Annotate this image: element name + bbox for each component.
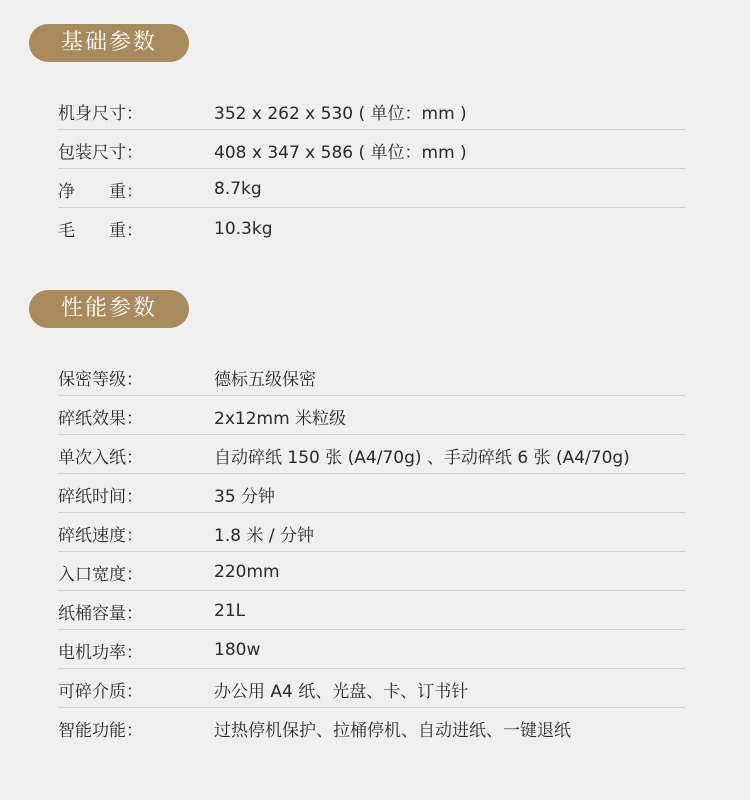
section-title-basic-params: 基础参数	[29, 24, 189, 62]
spec-row-package-size: 包装尺寸： 408 x 347 x 586 ( 单位：mm )	[58, 130, 685, 169]
spec-value: 220mm	[214, 562, 685, 582]
spec-label: 毛 重：	[58, 216, 214, 241]
spec-value: 21L	[214, 601, 685, 621]
section-title-performance-params: 性能参数	[29, 290, 189, 328]
spec-label: 碎纸效果：	[58, 404, 214, 429]
spec-label: 单次入纸：	[58, 443, 214, 468]
spec-row-sheet-capacity: 单次入纸： 自动碎纸 150 张 (A4/70g) 、手动碎纸 6 张 (A4/…	[58, 435, 685, 474]
spec-label: 净 重：	[58, 177, 214, 202]
spec-value: 办公用 A4 纸、光盘、卡、订书针	[214, 677, 685, 702]
spec-label: 纸桶容量：	[58, 599, 214, 624]
spec-row-entry-width: 入口宽度： 220mm	[58, 552, 685, 591]
spec-row-motor-power: 电机功率： 180w	[58, 630, 685, 669]
spec-row-smart-features: 智能功能： 过热停机保护、拉桶停机、自动进纸、一键退纸	[58, 708, 685, 747]
spec-row-shreddable-media: 可碎介质： 办公用 A4 纸、光盘、卡、订书针	[58, 669, 685, 708]
spec-value: 8.7kg	[214, 179, 685, 199]
spec-row-bin-capacity: 纸桶容量： 21L	[58, 591, 685, 630]
spec-label: 碎纸速度：	[58, 521, 214, 546]
spec-label: 入口宽度：	[58, 560, 214, 585]
spec-value: 1.8 米 / 分钟	[214, 521, 685, 546]
spec-row-net-weight: 净 重： 8.7kg	[58, 169, 685, 208]
spec-value: 35 分钟	[214, 482, 685, 507]
basic-params-table: 机身尺寸： 352 x 262 x 530 ( 单位：mm ) 包装尺寸： 40…	[58, 92, 685, 247]
spec-label: 电机功率：	[58, 638, 214, 663]
spec-row-gross-weight: 毛 重： 10.3kg	[58, 208, 685, 247]
spec-row-body-size: 机身尺寸： 352 x 262 x 530 ( 单位：mm )	[58, 92, 685, 130]
spec-label: 保密等级：	[58, 365, 214, 390]
spec-row-security-level: 保密等级： 德标五级保密	[58, 358, 685, 396]
spec-value: 352 x 262 x 530 ( 单位：mm )	[214, 99, 685, 124]
spec-value: 2x12mm 米粒级	[214, 404, 685, 429]
spec-label: 机身尺寸：	[58, 99, 214, 124]
spec-value: 10.3kg	[214, 219, 685, 239]
spec-value: 德标五级保密	[214, 365, 685, 390]
spec-row-run-time: 碎纸时间： 35 分钟	[58, 474, 685, 513]
spec-row-shred-effect: 碎纸效果： 2x12mm 米粒级	[58, 396, 685, 435]
spec-label: 包装尺寸：	[58, 138, 214, 163]
spec-row-shred-speed: 碎纸速度： 1.8 米 / 分钟	[58, 513, 685, 552]
spec-value: 408 x 347 x 586 ( 单位：mm )	[214, 138, 685, 163]
spec-label: 碎纸时间：	[58, 482, 214, 507]
spec-value: 180w	[214, 640, 685, 660]
performance-params-table: 保密等级： 德标五级保密 碎纸效果： 2x12mm 米粒级 单次入纸： 自动碎纸…	[58, 358, 685, 747]
spec-value: 过热停机保护、拉桶停机、自动进纸、一键退纸	[214, 716, 685, 741]
spec-label: 可碎介质：	[58, 677, 214, 702]
spec-value: 自动碎纸 150 张 (A4/70g) 、手动碎纸 6 张 (A4/70g)	[214, 443, 685, 468]
spec-label: 智能功能：	[58, 716, 214, 741]
